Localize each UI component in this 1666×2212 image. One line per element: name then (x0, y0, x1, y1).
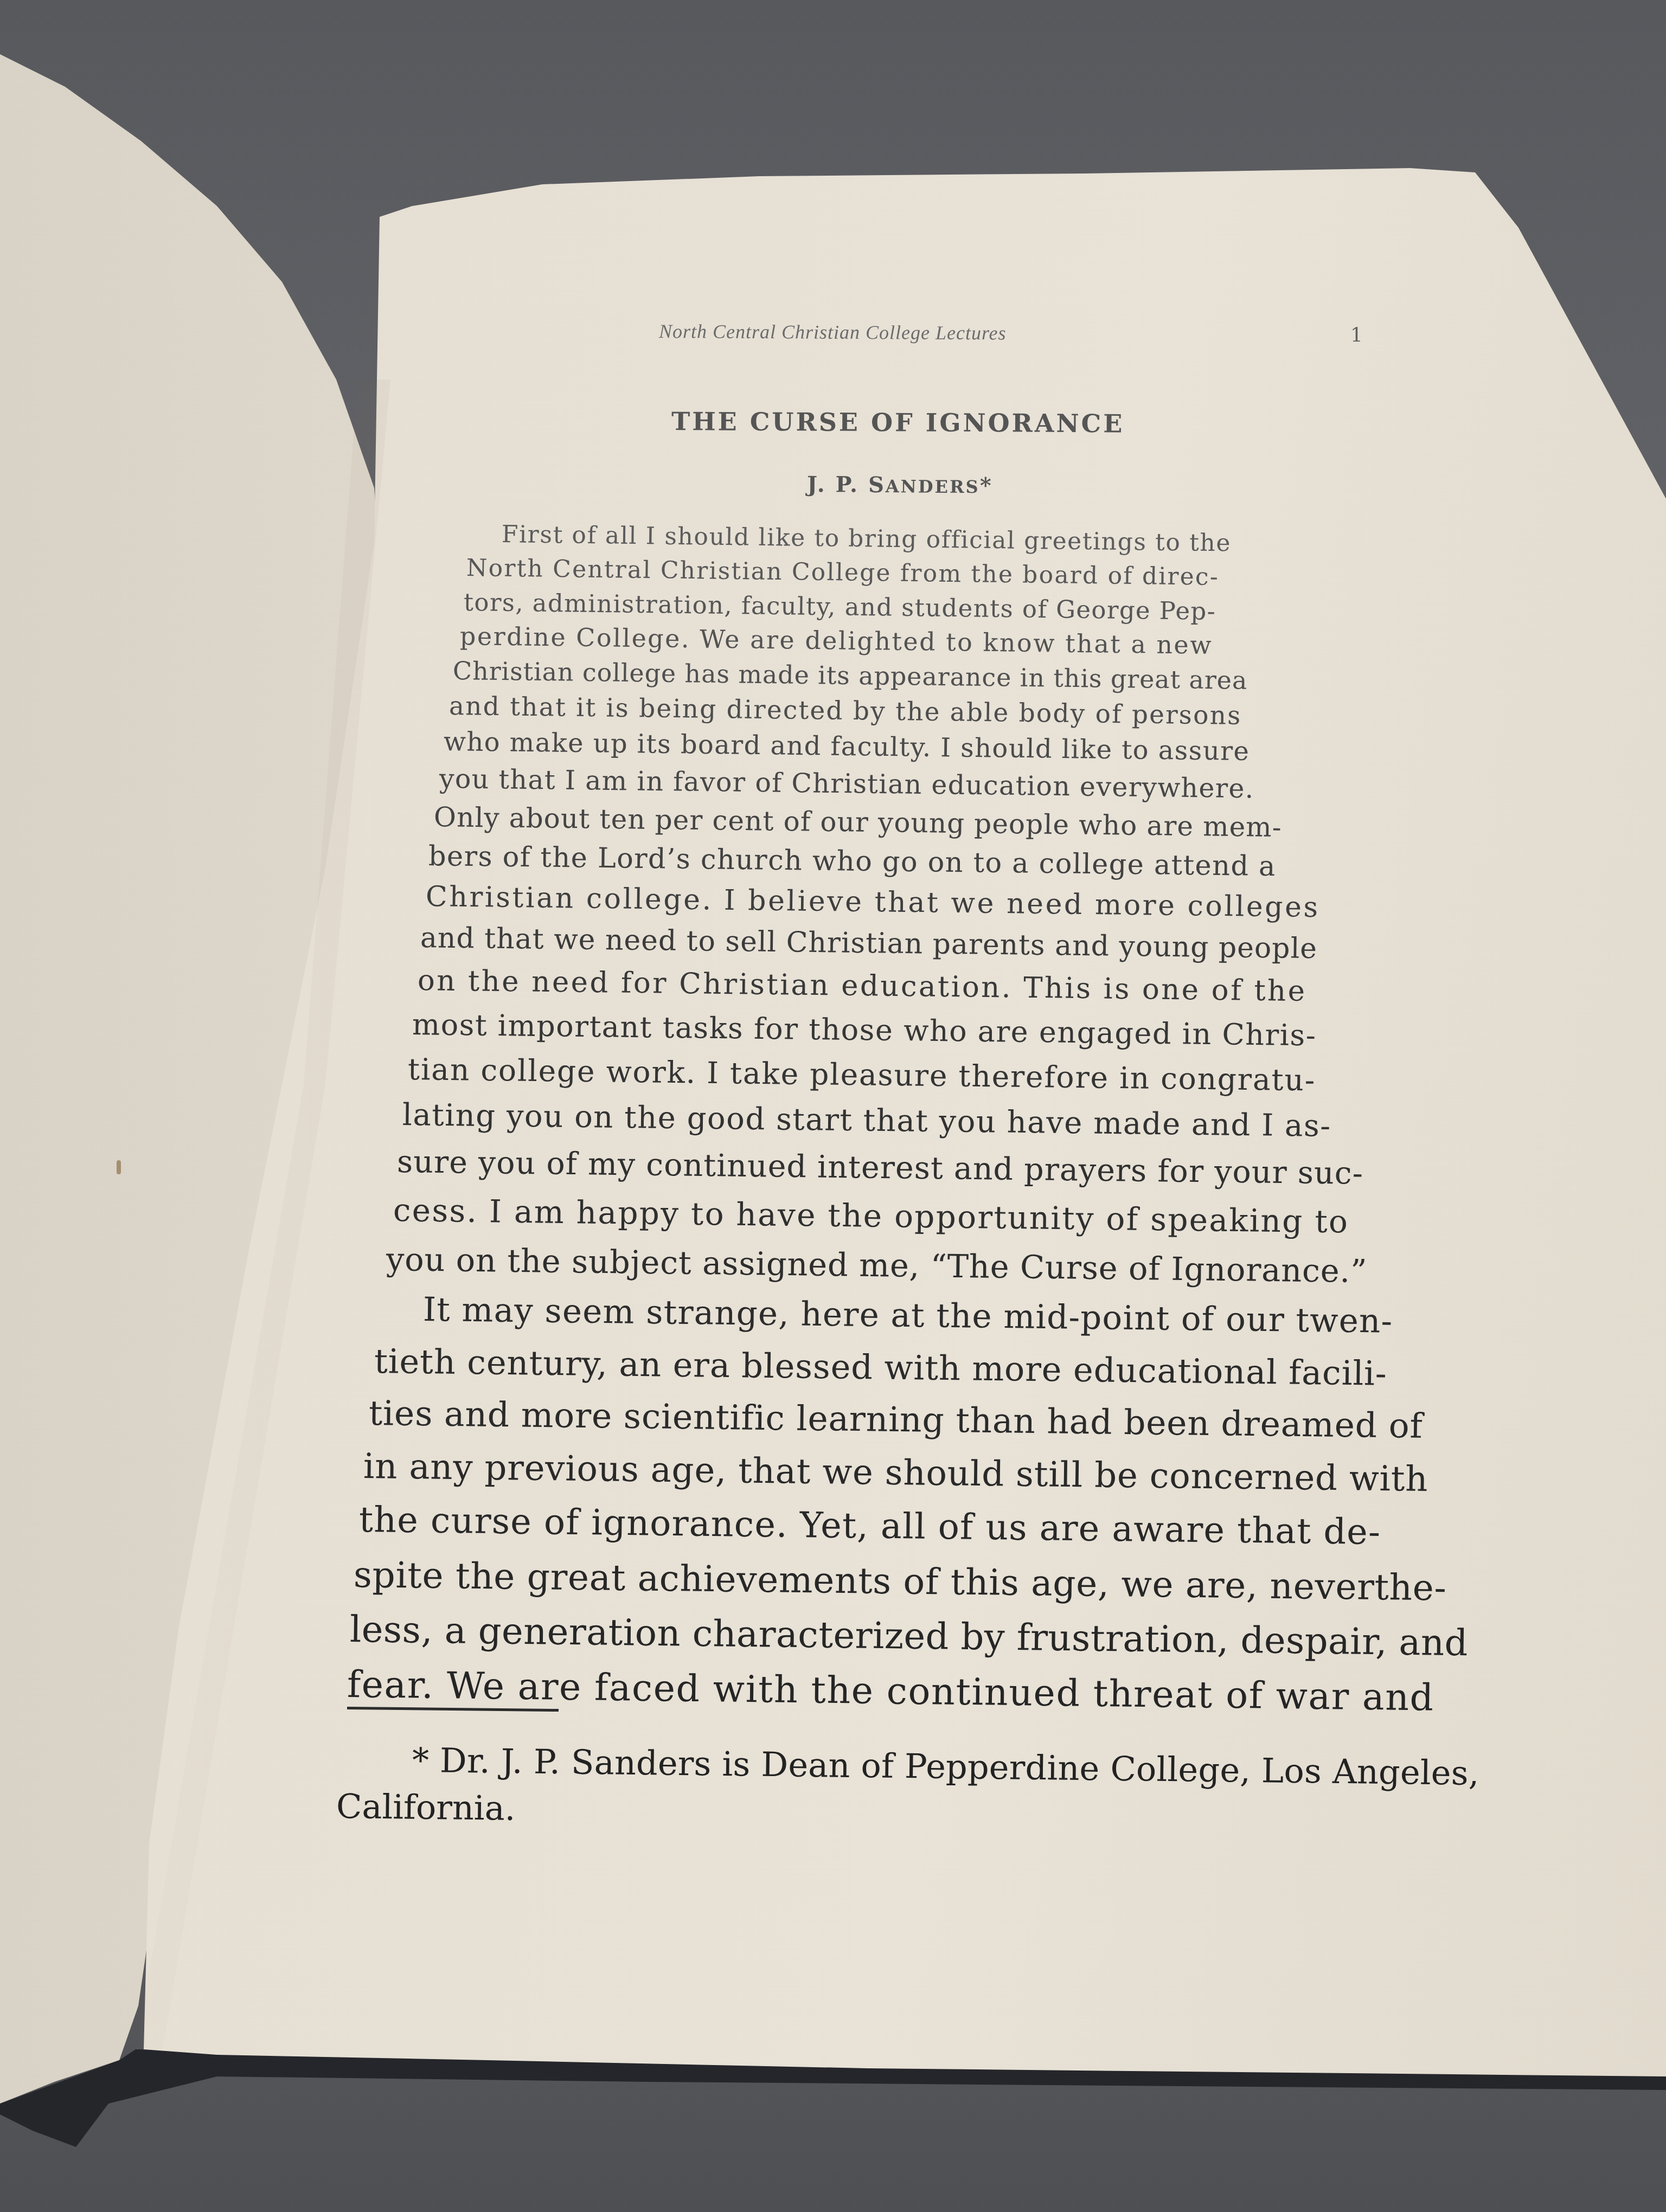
page-number: 1 (1350, 324, 1363, 346)
body-line: tors, administration, faculty, and stude… (464, 588, 1216, 626)
author-byline: J. P. SANDERS* (807, 472, 993, 498)
page-text: North Central Christian College Lectures… (0, 0, 1666, 2212)
body-line: and that it is being directed by the abl… (449, 691, 1242, 731)
body-line: spite the great achievements of this age… (354, 1554, 1447, 1609)
photo-scene: North Central Christian College Lectures… (0, 0, 1666, 2212)
body-line: on the need for Christian education. Thi… (418, 964, 1307, 1008)
running-head: North Central Christian College Lectures (659, 320, 1007, 344)
footnote-line: * Dr. J. P. Sanders is Dean of Pepperdin… (412, 1740, 1480, 1793)
body-line: less, a generation characterized by frus… (350, 1608, 1469, 1664)
body-line: you on the subject assigned me, “The Cur… (386, 1240, 1368, 1290)
author-initials: J. P. S (807, 472, 886, 498)
body-line: tieth century, an era blessed with more … (374, 1341, 1388, 1393)
body-line: you that I am in favor of Christian educ… (439, 763, 1254, 804)
body-line: Christian college has made its appearanc… (453, 656, 1248, 695)
body-line: Christian college. I believe that we nee… (426, 880, 1321, 924)
chapter-title: THE CURSE OF IGNORANCE (671, 407, 1125, 438)
body-line: cess. I am happy to have the opportunity… (393, 1192, 1349, 1240)
footnote-line: California. (336, 1786, 516, 1828)
body-line: most important tasks for those who are e… (412, 1007, 1317, 1052)
body-line: tian college work. I take pleasure there… (408, 1052, 1316, 1097)
footnote-marker: * (980, 473, 993, 498)
body-line: the curse of ignorance. Yet, all of us a… (359, 1500, 1381, 1553)
body-line: Only about ten per cent of our young peo… (434, 801, 1283, 843)
body-line: and that we need to sell Christian paren… (420, 922, 1318, 965)
body-line: First of all I should like to bring offi… (502, 520, 1232, 557)
body-line: It may seem strange, here at the mid-poi… (423, 1290, 1393, 1341)
body-line: North Central Christian College from the… (466, 554, 1220, 591)
body-line: lating you on the good start that you ha… (402, 1097, 1331, 1144)
body-line: sure you of my continued interest and pr… (397, 1144, 1364, 1192)
body-line: ties and more scientific learning than h… (369, 1393, 1423, 1446)
body-line: who make up its board and faculty. I sho… (444, 726, 1250, 767)
body-line: bers of the Lord’s church who go on to a… (428, 840, 1277, 883)
body-line: in any previous age, that we should stil… (363, 1446, 1428, 1500)
body-line: perdine College. We are delighted to kno… (460, 621, 1213, 660)
author-surname: ANDERS (886, 476, 980, 497)
